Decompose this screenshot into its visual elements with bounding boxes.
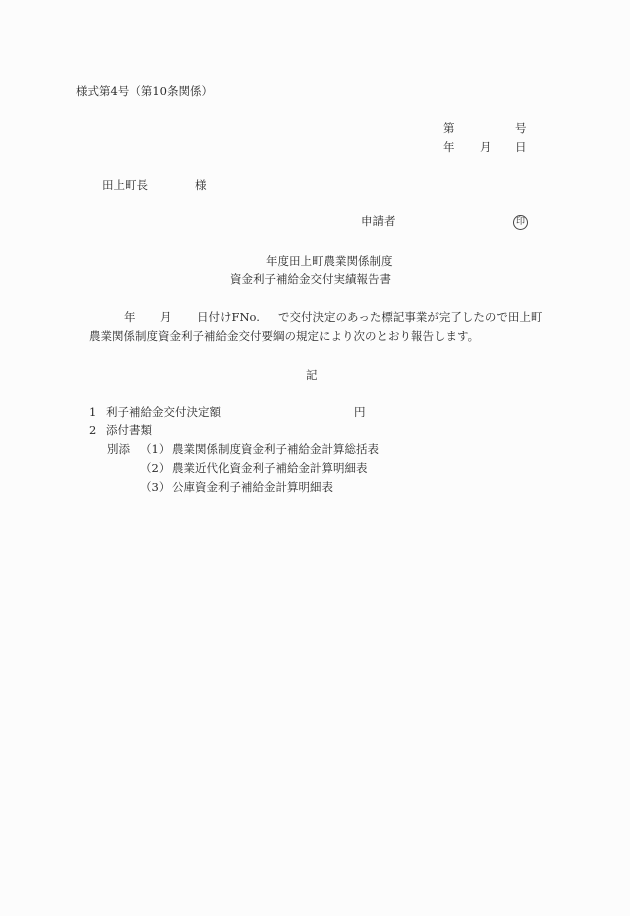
item-1-unit: 円 xyxy=(354,407,366,419)
item-2-number: 2 xyxy=(89,425,96,437)
body-line2: 農業関係制度資金利子補給金交付要綱の規定により次のとおり報告します。 xyxy=(89,331,479,343)
date-month: 月 xyxy=(480,142,492,154)
seal-icon: 印 xyxy=(513,215,528,230)
ki-heading: 記 xyxy=(306,370,318,382)
reference-number-suffix: 号 xyxy=(515,123,527,135)
body-line1: で交付決定のあった標記事業が完了したので田上町 xyxy=(278,312,542,324)
item-1-number: 1 xyxy=(89,407,96,419)
date-year: 年 xyxy=(443,142,455,154)
date-day: 日 xyxy=(515,142,527,154)
addressee-name: 田上町長 xyxy=(102,180,148,192)
addressee-honorific: 様 xyxy=(195,180,207,192)
body-year: 年 xyxy=(124,312,136,324)
attachment-3-number: （3） xyxy=(140,482,170,494)
attachment-1-label: 農業関係制度資金利子補給金計算総括表 xyxy=(172,444,379,456)
attachment-prefix: 別添 xyxy=(107,444,130,456)
item-2-label: 添付書類 xyxy=(106,425,152,437)
attachment-3-label: 公庫資金利子補給金計算明細表 xyxy=(172,482,333,494)
body-month: 月 xyxy=(160,312,172,324)
form-number: 様式第4号（第10条関係） xyxy=(76,86,213,98)
applicant-label: 申請者 xyxy=(361,216,396,228)
attachment-2-number: （2） xyxy=(140,463,170,475)
attachment-1-number: （1） xyxy=(140,444,170,456)
report-title-line1: 年度田上町農業関係制度 xyxy=(266,256,393,268)
report-title-line2: 資金利子補給金交付実績報告書 xyxy=(230,274,391,286)
item-1-label: 利子補給金交付決定額 xyxy=(106,407,221,419)
attachment-2-label: 農業近代化資金利子補給金計算明細表 xyxy=(172,463,368,475)
body-date-ref: 日付けFNo. xyxy=(197,312,260,324)
reference-number-prefix: 第 xyxy=(443,123,455,135)
